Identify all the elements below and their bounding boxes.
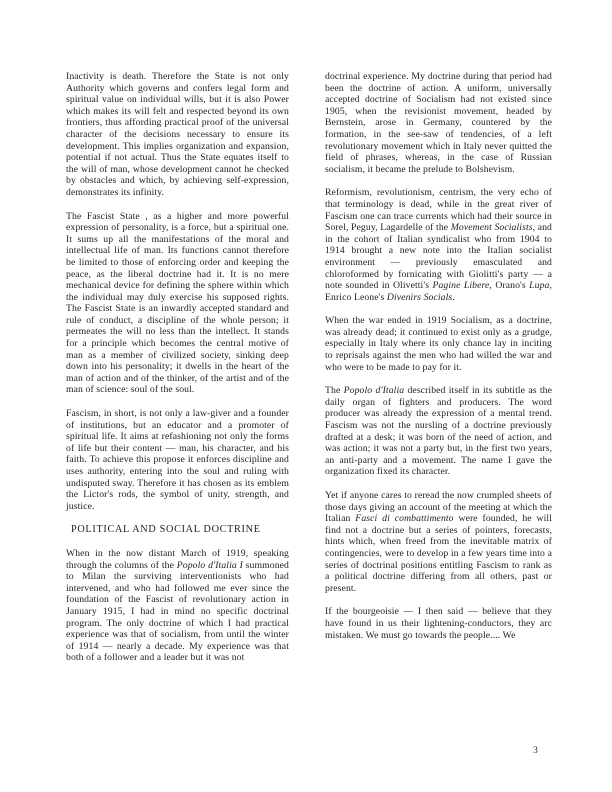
italic-text-run: Lupa <box>529 280 549 291</box>
text-run: The <box>325 385 344 396</box>
paragraph: When in the now distant March of 1919, s… <box>66 548 289 664</box>
text-run: doctrinal experience. My doctrine during… <box>325 71 552 175</box>
page-number: 3 <box>533 745 538 756</box>
paragraph: Reformism, revolutionism, centrism, the … <box>325 187 552 303</box>
text-run: described itself in its subtitle as the … <box>325 385 552 477</box>
italic-text-run: Divenirs Socials <box>387 292 452 303</box>
text-run: . <box>452 292 455 303</box>
italic-text-run: Fasci di combattimento <box>355 513 453 524</box>
paragraph: When the war ended in 1919 Socialism, as… <box>325 315 552 373</box>
text-columns: Inactivity is death. Therefore the State… <box>66 71 552 664</box>
italic-text-run: Popolo d'Italia <box>344 385 405 396</box>
text-run: Inactivity is death. Therefore the State… <box>66 71 289 198</box>
paragraph: Inactivity is death. Therefore the State… <box>66 71 289 199</box>
italic-text-run: Pagine Libere <box>432 280 489 291</box>
section-heading: POLITICAL AND SOCIAL DOCTRINE <box>66 524 289 536</box>
paragraph: Fascism, in short, is not only a law-giv… <box>66 408 289 512</box>
left-column: Inactivity is death. Therefore the State… <box>66 71 289 664</box>
italic-text-run: Popolo d'Italia I <box>177 560 243 571</box>
text-run: Fascism, in short, is not only a law-giv… <box>66 408 289 512</box>
text-run: , Orano's <box>489 280 529 291</box>
paragraph: doctrinal experience. My doctrine during… <box>325 71 552 175</box>
text-run: summoned to Milan the surviving interven… <box>66 560 289 664</box>
text-run: When the war ended in 1919 Socialism, as… <box>325 315 552 372</box>
italic-text-run: Movement Socialists, <box>451 222 535 233</box>
text-run: were founded, he will find not a doctrin… <box>325 513 552 594</box>
paragraph: The Popolo d'Italia described itself in … <box>325 385 552 478</box>
paragraph: The Fascist State , as a higher and more… <box>66 211 289 397</box>
text-run: If the bourgeoisie — I then said — belie… <box>325 606 552 640</box>
paragraph: Yet if anyone cares to reread the now cr… <box>325 490 552 594</box>
paragraph: If the bourgeoisie — I then said — belie… <box>325 606 552 641</box>
document-page: Inactivity is death. Therefore the State… <box>0 0 612 792</box>
text-run: The Fascist State , as a higher and more… <box>66 211 289 396</box>
right-column: doctrinal experience. My doctrine during… <box>325 71 552 664</box>
